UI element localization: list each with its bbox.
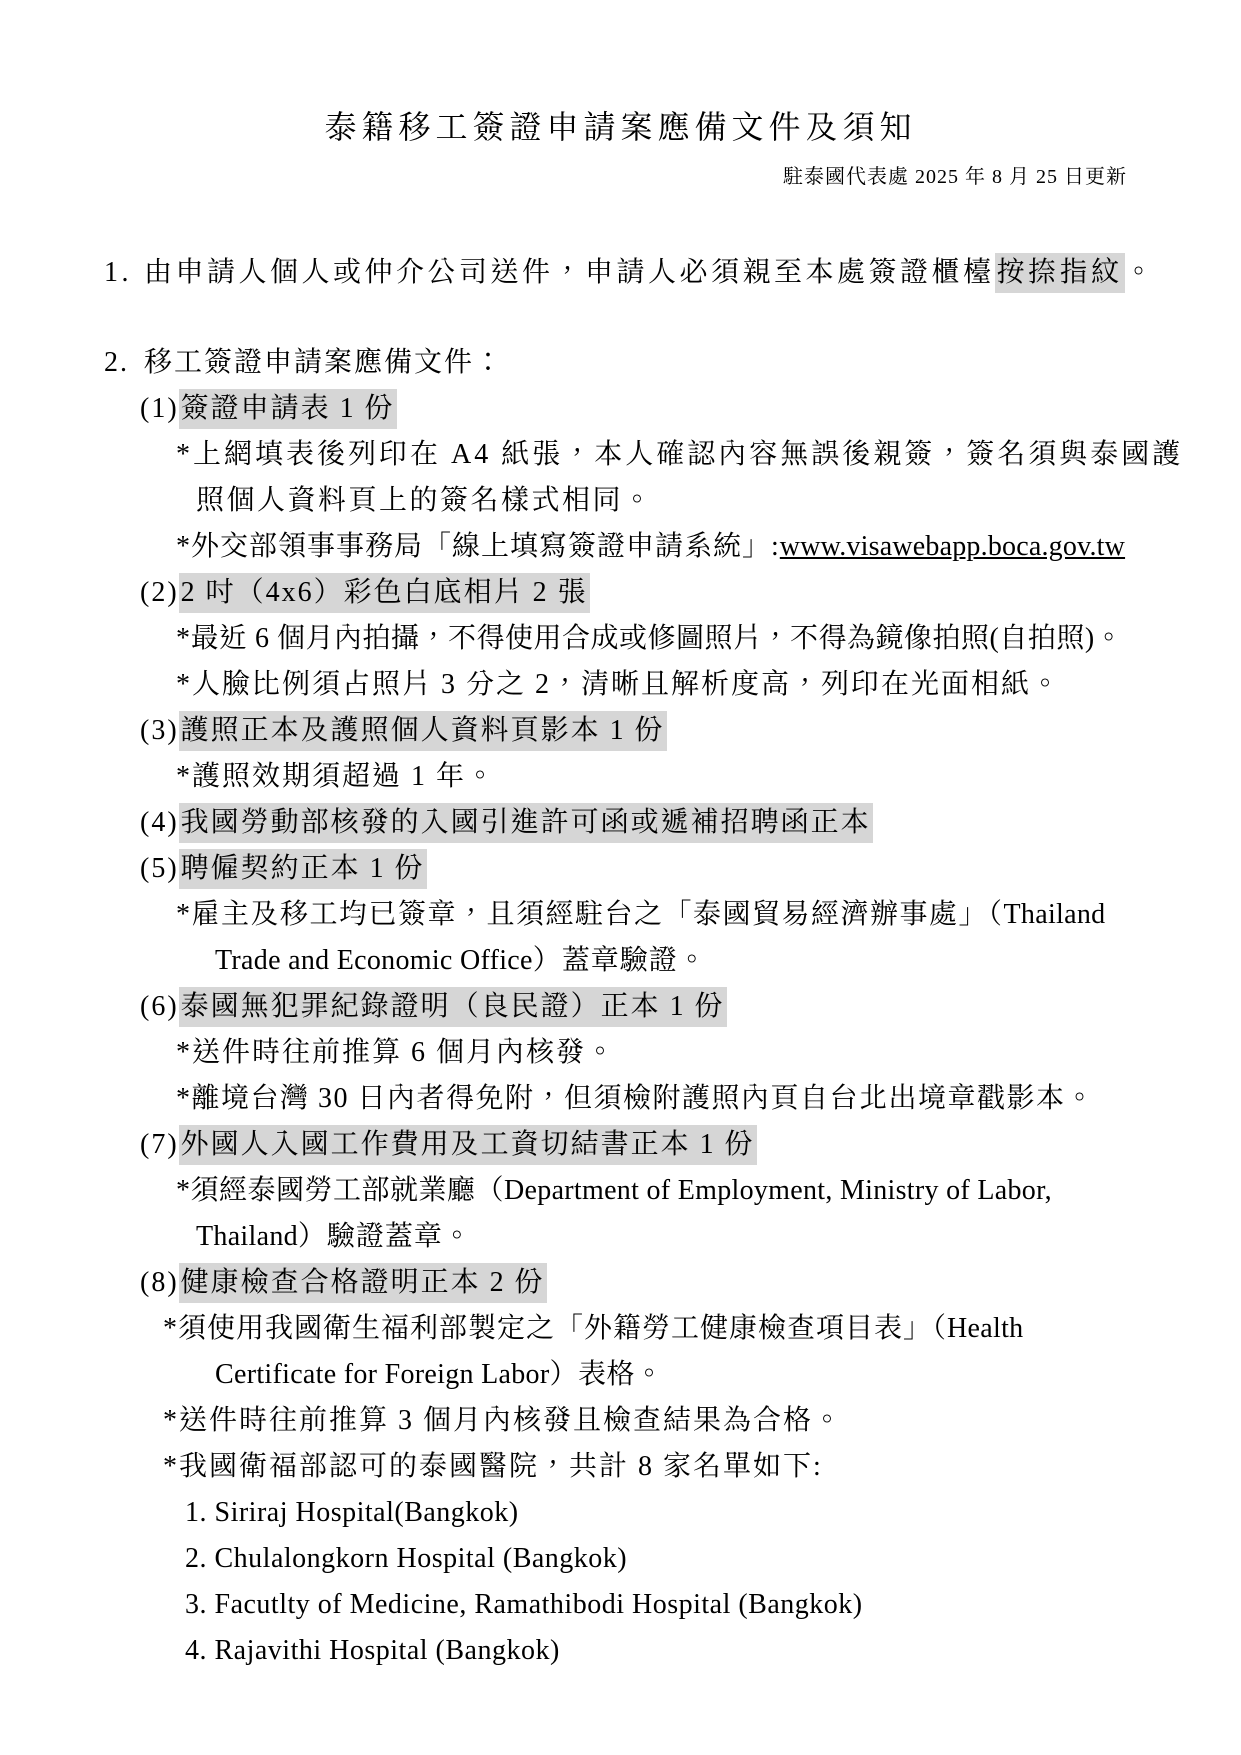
req5-title-line: (5)聘僱契約正本 1 份 — [0, 846, 1241, 892]
req6-label: (6) — [140, 991, 179, 1022]
req8-note1-cjk: *須使用我國衛生福利部製定之「外籍勞工健康檢查項目表」（ — [163, 1313, 947, 1344]
req2-note1-line: *最近 6 個月內拍攝，不得使用合成或修圖照片，不得為鏡像拍照(自拍照)。 — [0, 616, 1241, 662]
req4-title-line: (4)我國勞動部核發的入國引進許可函或遞補招聘函正本 — [0, 800, 1241, 846]
item-1-text: 由申請人個人或仲介公司送件，申請人必須親至本處簽證櫃檯 — [144, 257, 995, 288]
req6-title-line: (6)泰國無犯罪紀錄證明（良民證）正本 1 份 — [0, 984, 1241, 1030]
req1-label: (1) — [140, 393, 179, 424]
req1-title-highlight: 簽證申請表 1 份 — [179, 389, 397, 429]
req8-note3-line: *我國衛福部認可的泰國醫院，共計 8 家名單如下: — [0, 1444, 1241, 1490]
req8-note1-latin: Health — [947, 1313, 1023, 1344]
item-1: 1.由申請人個人或仲介公司送件，申請人必須親至本處簽證櫃檯按捺指紋。 — [0, 250, 1241, 296]
req1-note2-line: *外交部領事事務局「線上填寫簽證申請系統」:www.visawebapp.boc… — [0, 524, 1241, 570]
req3-note1-line: *護照效期須超過 1 年。 — [0, 754, 1241, 800]
req2-title-highlight: 2 吋（4x6）彩色白底相片 2 張 — [179, 573, 590, 613]
visa-webapp-link[interactable]: www.visawebapp.boca.gov.tw — [780, 531, 1125, 562]
req1-note2-text: *外交部領事事務局「線上填寫簽證申請系統」: — [176, 531, 780, 562]
req6-note2-line: *離境台灣 30 日內者得免附，但須檢附護照內頁自台北出境章戳影本。 — [0, 1076, 1241, 1122]
req7-title-line: (7)外國人入國工作費用及工資切結書正本 1 份 — [0, 1122, 1241, 1168]
date-note: 駐泰國代表處 2025 年 8 月 25 日更新 — [0, 162, 1241, 192]
req8-note1-line1: *須使用我國衛生福利部製定之「外籍勞工健康檢查項目表」（Health — [0, 1306, 1241, 1352]
req7-note1-latin: Department of Employment, Ministry of La… — [504, 1175, 1052, 1206]
req8-label: (8) — [140, 1267, 179, 1298]
item-1-period: 。 — [1125, 257, 1157, 288]
req5-note1-latin: Thailand — [1004, 899, 1106, 930]
req1-note1-line2: 照個人資料頁上的簽名樣式相同。 — [0, 478, 1241, 524]
hospital-list-item: 4. Rajavithi Hospital (Bangkok) — [0, 1628, 1241, 1674]
req2-title-line: (2)2 吋（4x6）彩色白底相片 2 張 — [0, 570, 1241, 616]
req7-note1-cjk: *須經泰國勞工部就業廳（ — [176, 1175, 504, 1206]
req7-note1-line2: Thailand）驗證蓋章。 — [0, 1214, 1241, 1260]
item-2-heading-text: 移工簽證申請案應備文件： — [144, 347, 504, 378]
req5-note2-cjk: ）蓋章驗證。 — [533, 945, 707, 976]
hospital-list-item: 1. Siriraj Hospital(Bangkok) — [0, 1490, 1241, 1536]
item-1-highlight: 按捺指紋 — [995, 253, 1125, 293]
item-2-heading: 2.移工簽證申請案應備文件： — [0, 340, 1241, 386]
req5-note1-line1: *雇主及移工均已簽章，且須經駐台之「泰國貿易經濟辦事處」（Thailand — [0, 892, 1241, 938]
req8-note2-line: *送件時往前推算 3 個月內核發且檢查結果為合格。 — [0, 1398, 1241, 1444]
hospital-list-item: 2. Chulalongkorn Hospital (Bangkok) — [0, 1536, 1241, 1582]
req1-note1-line1: *上網填表後列印在 A4 紙張，本人確認內容無誤後親簽，簽名須與泰國護 — [0, 432, 1241, 478]
req1-title-line: (1)簽證申請表 1 份 — [0, 386, 1241, 432]
req5-note1-cjk: *雇主及移工均已簽章，且須經駐台之「泰國貿易經濟辦事處」（ — [176, 899, 1004, 930]
item-2-number: 2. — [104, 340, 144, 386]
req5-title-highlight: 聘僱契約正本 1 份 — [179, 849, 427, 889]
req6-title-highlight: 泰國無犯罪紀錄證明（良民證）正本 1 份 — [179, 987, 727, 1027]
req7-label: (7) — [140, 1129, 179, 1160]
req2-label: (2) — [140, 577, 179, 608]
req3-title-highlight: 護照正本及護照個人資料頁影本 1 份 — [179, 711, 667, 751]
req4-title-highlight: 我國勞動部核發的入國引進許可函或遞補招聘函正本 — [179, 803, 873, 843]
req7-title-highlight: 外國人入國工作費用及工資切結書正本 1 份 — [179, 1125, 757, 1165]
req8-title-line: (8)健康檢查合格證明正本 2 份 — [0, 1260, 1241, 1306]
hospital-list-item: 3. Facutlty of Medicine, Ramathibodi Hos… — [0, 1582, 1241, 1628]
req8-note1b-cjk: ）表格。 — [549, 1359, 663, 1390]
req8-note1-line2: Certificate for Foreign Labor）表格。 — [0, 1352, 1241, 1398]
req7-note2-cjk: ）驗證蓋章。 — [298, 1221, 472, 1252]
document-page: 泰籍移工簽證申請案應備文件及須知 駐泰國代表處 2025 年 8 月 25 日更… — [0, 0, 1241, 1755]
req6-note1-line: *送件時往前推算 6 個月內核發。 — [0, 1030, 1241, 1076]
req7-note1-line1: *須經泰國勞工部就業廳（Department of Employment, Mi… — [0, 1168, 1241, 1214]
page-title: 泰籍移工簽證申請案應備文件及須知 — [0, 0, 1241, 152]
item-1-number: 1. — [104, 250, 144, 296]
req7-note2-latin: Thailand — [196, 1221, 298, 1252]
req5-label: (5) — [140, 853, 179, 884]
req5-note1-line2: Trade and Economic Office）蓋章驗證。 — [0, 938, 1241, 984]
req4-label: (4) — [140, 807, 179, 838]
req2-note2-line: *人臉比例須占照片 3 分之 2，清晰且解析度高，列印在光面相紙。 — [0, 662, 1241, 708]
req8-title-highlight: 健康檢查合格證明正本 2 份 — [179, 1263, 547, 1303]
req5-note2-latin: Trade and Economic Office — [215, 945, 533, 976]
req3-label: (3) — [140, 715, 179, 746]
req3-title-line: (3)護照正本及護照個人資料頁影本 1 份 — [0, 708, 1241, 754]
req8-note1b-latin: Certificate for Foreign Labor — [215, 1359, 549, 1390]
